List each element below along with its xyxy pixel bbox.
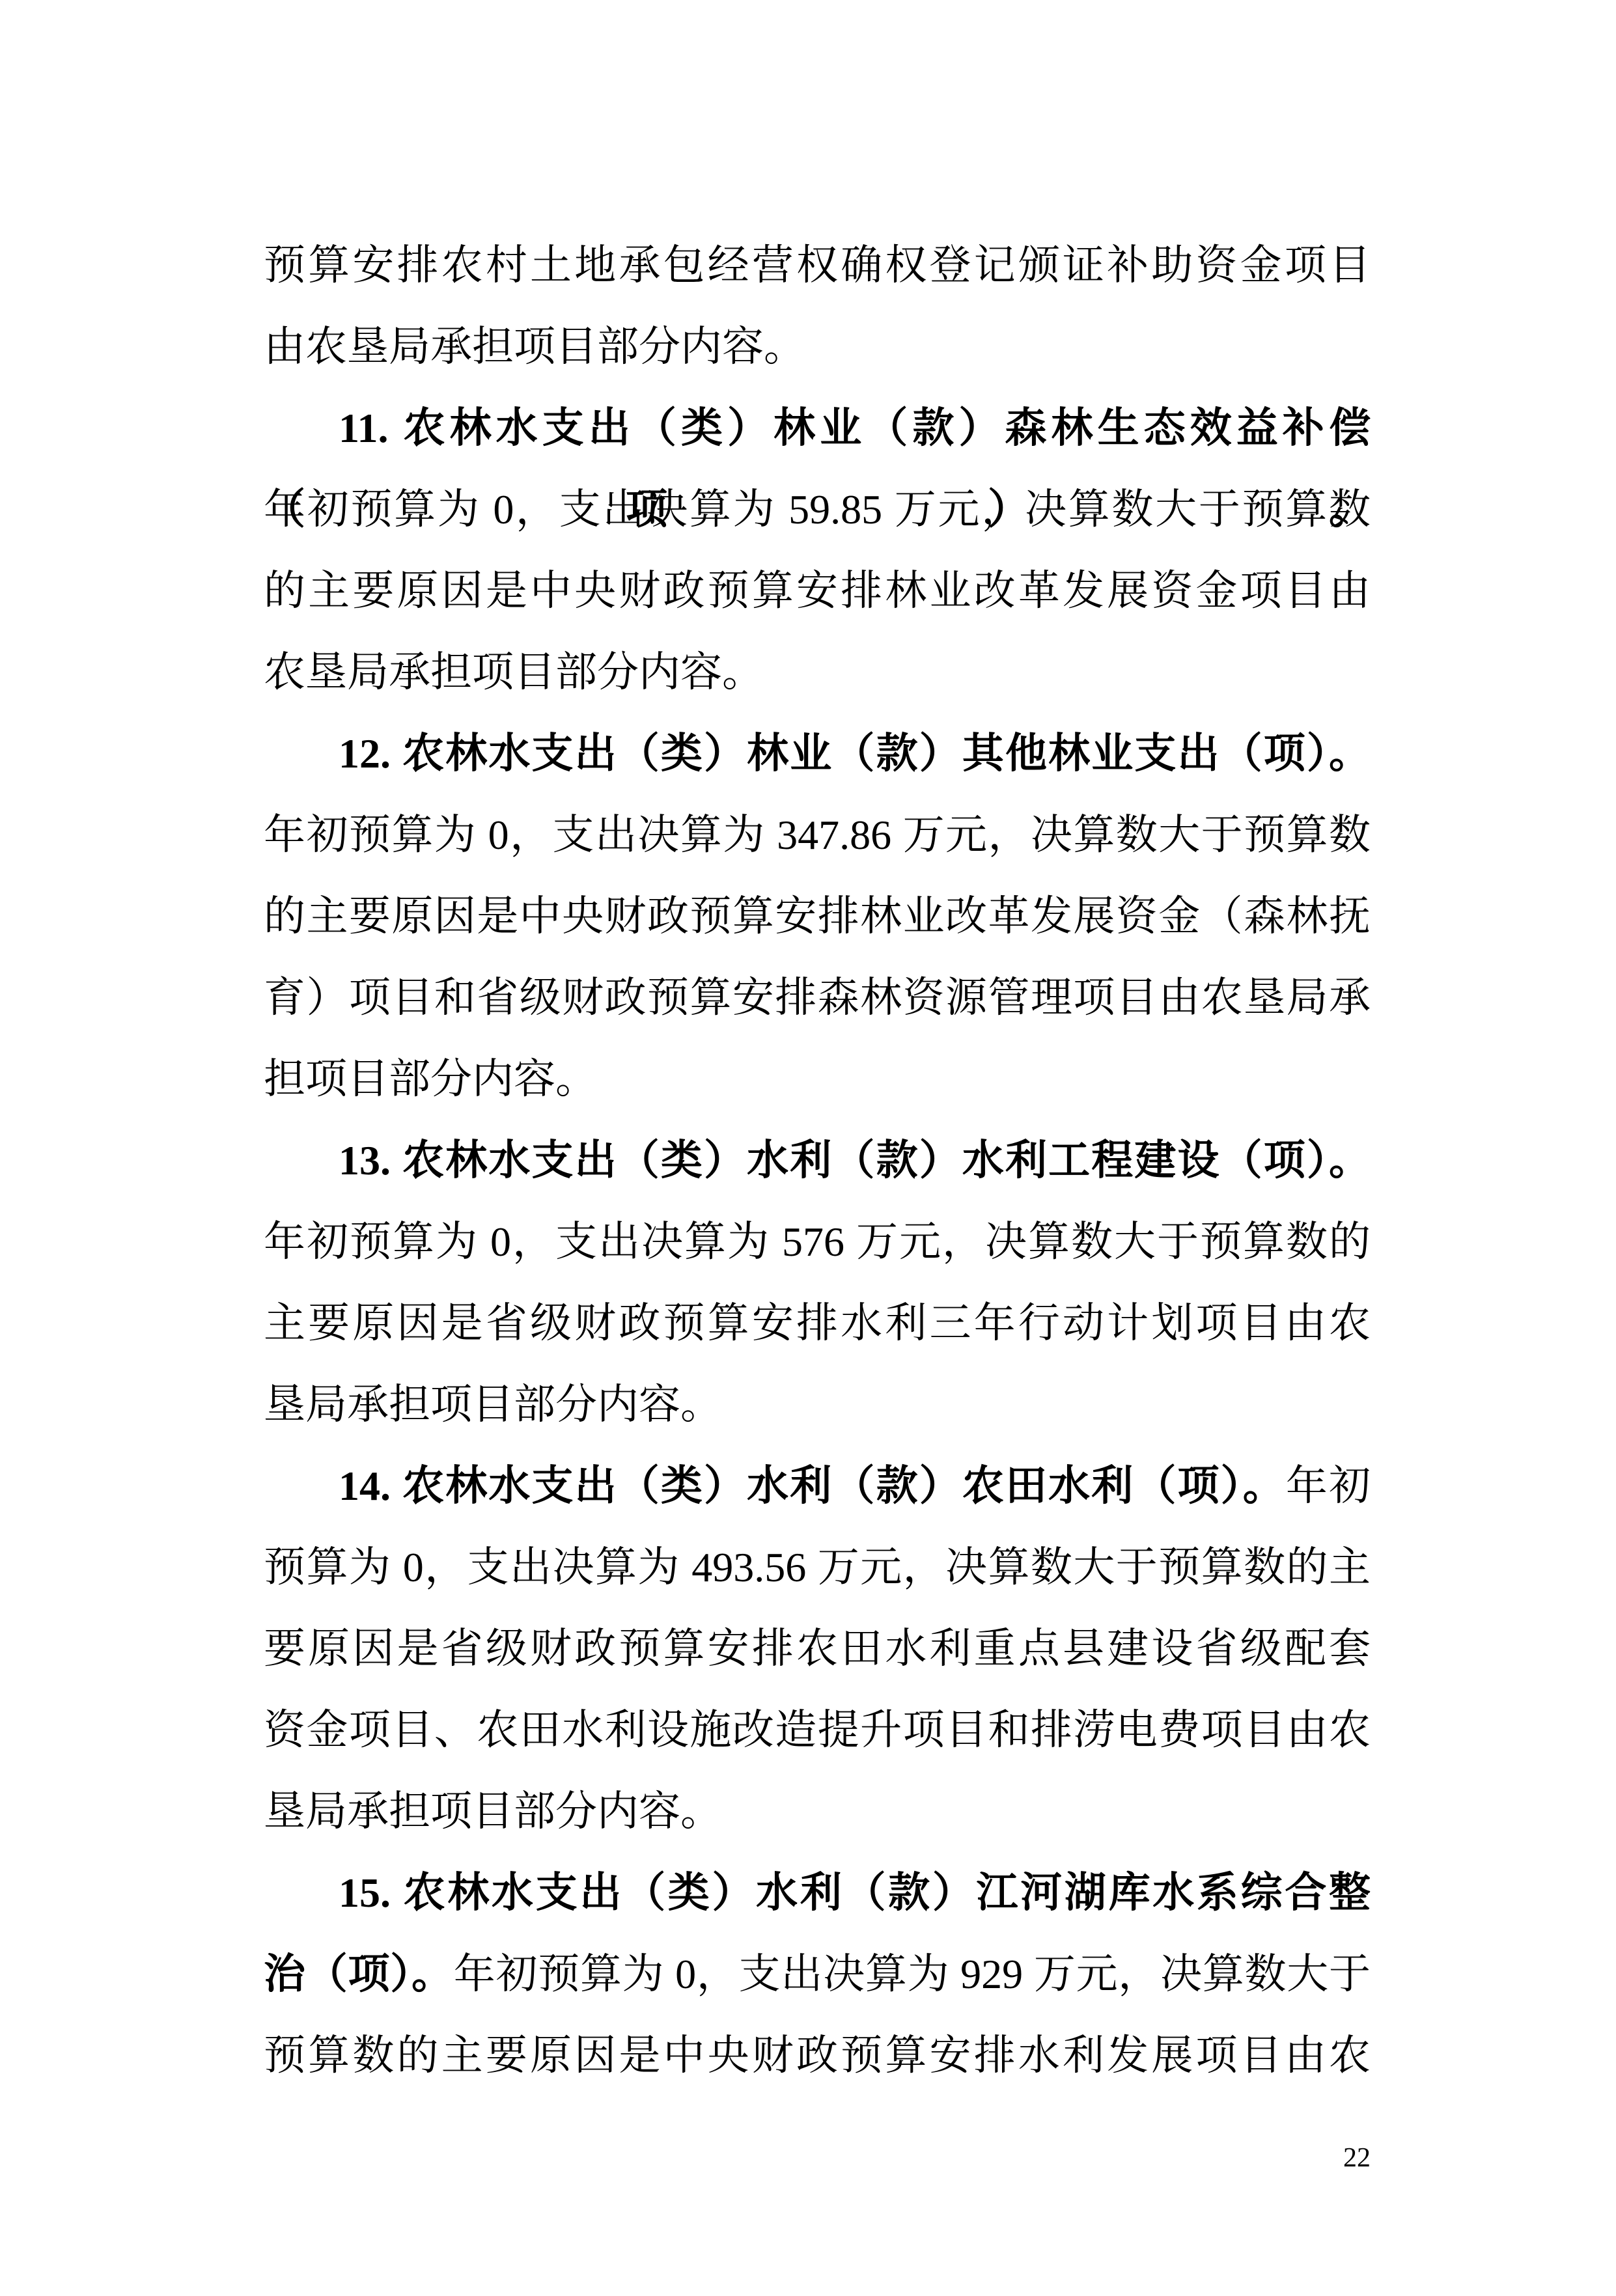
text-line: 年初预算为 0，支出决算为 347.86 万元，决算数大于预算数 bbox=[264, 794, 1371, 876]
text-line: 担项目部分内容。 bbox=[264, 1038, 1371, 1120]
text-line: 的主要原因是中央财政预算安排林业改革发展资金项目由 bbox=[264, 550, 1371, 631]
text-line: 预算数的主要原因是中央财政预算安排水利发展项目由农 bbox=[264, 2015, 1371, 2096]
text-line: 农垦局承担项目部分内容。 bbox=[264, 631, 1371, 713]
text-segment: 垦局承担项目部分内容。 bbox=[264, 1788, 722, 1834]
text-segment: 的主要原因是中央财政预算安排林业改革发展资金（森林抚 bbox=[264, 893, 1371, 939]
text-segment: 预算数的主要原因是中央财政预算安排水利发展项目由农 bbox=[264, 2032, 1371, 2079]
text-line: 育）项目和省级财政预算安排森林资源管理项目由农垦局承 bbox=[264, 957, 1371, 1038]
text-line: 治（项）。年初预算为 0，支出决算为 929 万元，决算数大于 bbox=[264, 1933, 1371, 2015]
text-segment: 垦局承担项目部分内容。 bbox=[264, 1381, 722, 1428]
text-segment: 年初预算为 0，支出决算为 347.86 万元，决算数大于预算数 bbox=[264, 812, 1371, 858]
text-line: 年初预算为 0，支出决算为 576 万元，决算数大于预算数的 bbox=[264, 1201, 1371, 1282]
text-line: 由农垦局承担项目部分内容。 bbox=[264, 306, 1371, 387]
text-segment: 的主要原因是中央财政预算安排林业改革发展资金项目由 bbox=[264, 568, 1371, 614]
text-segment: 由农垦局承担项目部分内容。 bbox=[264, 324, 805, 370]
text-line: 13. 农林水支出（类）水利（款）水利工程建设（项）。 bbox=[264, 1120, 1371, 1201]
bold-text-segment: 治（项）。 bbox=[264, 1951, 454, 1997]
text-segment: 资金项目、农田水利设施改造提升项目和排涝电费项目由农 bbox=[264, 1707, 1371, 1753]
text-line: 垦局承担项目部分内容。 bbox=[264, 1364, 1371, 1445]
text-segment: 预算为 0，支出决算为 493.56 万元，决算数大于预算数的主 bbox=[264, 1544, 1371, 1590]
text-line: 主要原因是省级财政预算安排水利三年行动计划项目由农 bbox=[264, 1282, 1371, 1364]
text-line: 垦局承担项目部分内容。 bbox=[264, 1771, 1371, 1852]
text-line: 资金项目、农田水利设施改造提升项目和排涝电费项目由农 bbox=[264, 1689, 1371, 1771]
page-number: 22 bbox=[1343, 2142, 1371, 2174]
text-line: 的主要原因是中央财政预算安排林业改革发展资金（森林抚 bbox=[264, 876, 1371, 957]
document-text-block: 预算安排农村土地承包经营权确权登记颁证补助资金项目由农垦局承担项目部分内容。11… bbox=[264, 225, 1371, 2096]
text-segment: 要原因是省级财政预算安排农田水利重点县建设省级配套 bbox=[264, 1625, 1371, 1672]
text-segment: 年初预算为 0，支出决算为 576 万元，决算数大于预算数的 bbox=[264, 1219, 1371, 1265]
text-line: 12. 农林水支出（类）林业（款）其他林业支出（项）。 bbox=[264, 713, 1371, 794]
text-line: 年初预算为 0，支出决算为 59.85 万元，决算数大于预算数 bbox=[264, 469, 1371, 550]
text-segment: 预算安排农村土地承包经营权确权登记颁证补助资金项目 bbox=[264, 242, 1371, 288]
text-segment: 年初预算为 0，支出决算为 929 万元，决算数大于 bbox=[454, 1951, 1371, 1997]
text-line: 11. 农林水支出（类）林业（款）森林生态效益补偿（项）。 bbox=[264, 387, 1371, 469]
text-segment: 年初 bbox=[1286, 1463, 1371, 1509]
text-line: 预算为 0，支出决算为 493.56 万元，决算数大于预算数的主 bbox=[264, 1527, 1371, 1608]
text-segment: 育）项目和省级财政预算安排森林资源管理项目由农垦局承 bbox=[264, 975, 1371, 1021]
bold-text-segment: 12. 农林水支出（类）林业（款）其他林业支出（项）。 bbox=[339, 730, 1371, 777]
text-line: 14. 农林水支出（类）水利（款）农田水利（项）。年初 bbox=[264, 1445, 1371, 1527]
bold-text-segment: 13. 农林水支出（类）水利（款）水利工程建设（项）。 bbox=[339, 1137, 1371, 1183]
text-line: 预算安排农村土地承包经营权确权登记颁证补助资金项目 bbox=[264, 225, 1371, 306]
text-segment: 主要原因是省级财政预算安排水利三年行动计划项目由农 bbox=[264, 1300, 1371, 1346]
text-line: 要原因是省级财政预算安排农田水利重点县建设省级配套 bbox=[264, 1608, 1371, 1689]
text-segment: 年初预算为 0，支出决算为 59.85 万元，决算数大于预算数 bbox=[264, 486, 1371, 533]
bold-text-segment: 15. 农林水支出（类）水利（款）江河湖库水系综合整 bbox=[339, 1870, 1371, 1916]
text-line: 15. 农林水支出（类）水利（款）江河湖库水系综合整 bbox=[264, 1852, 1371, 1933]
text-segment: 担项目部分内容。 bbox=[264, 1056, 597, 1102]
bold-text-segment: 14. 农林水支出（类）水利（款）农田水利（项）。 bbox=[339, 1463, 1286, 1509]
scanned-document-page: 预算安排农村土地承包经营权确权登记颁证补助资金项目由农垦局承担项目部分内容。11… bbox=[0, 0, 1616, 2296]
text-segment: 农垦局承担项目部分内容。 bbox=[264, 649, 764, 695]
